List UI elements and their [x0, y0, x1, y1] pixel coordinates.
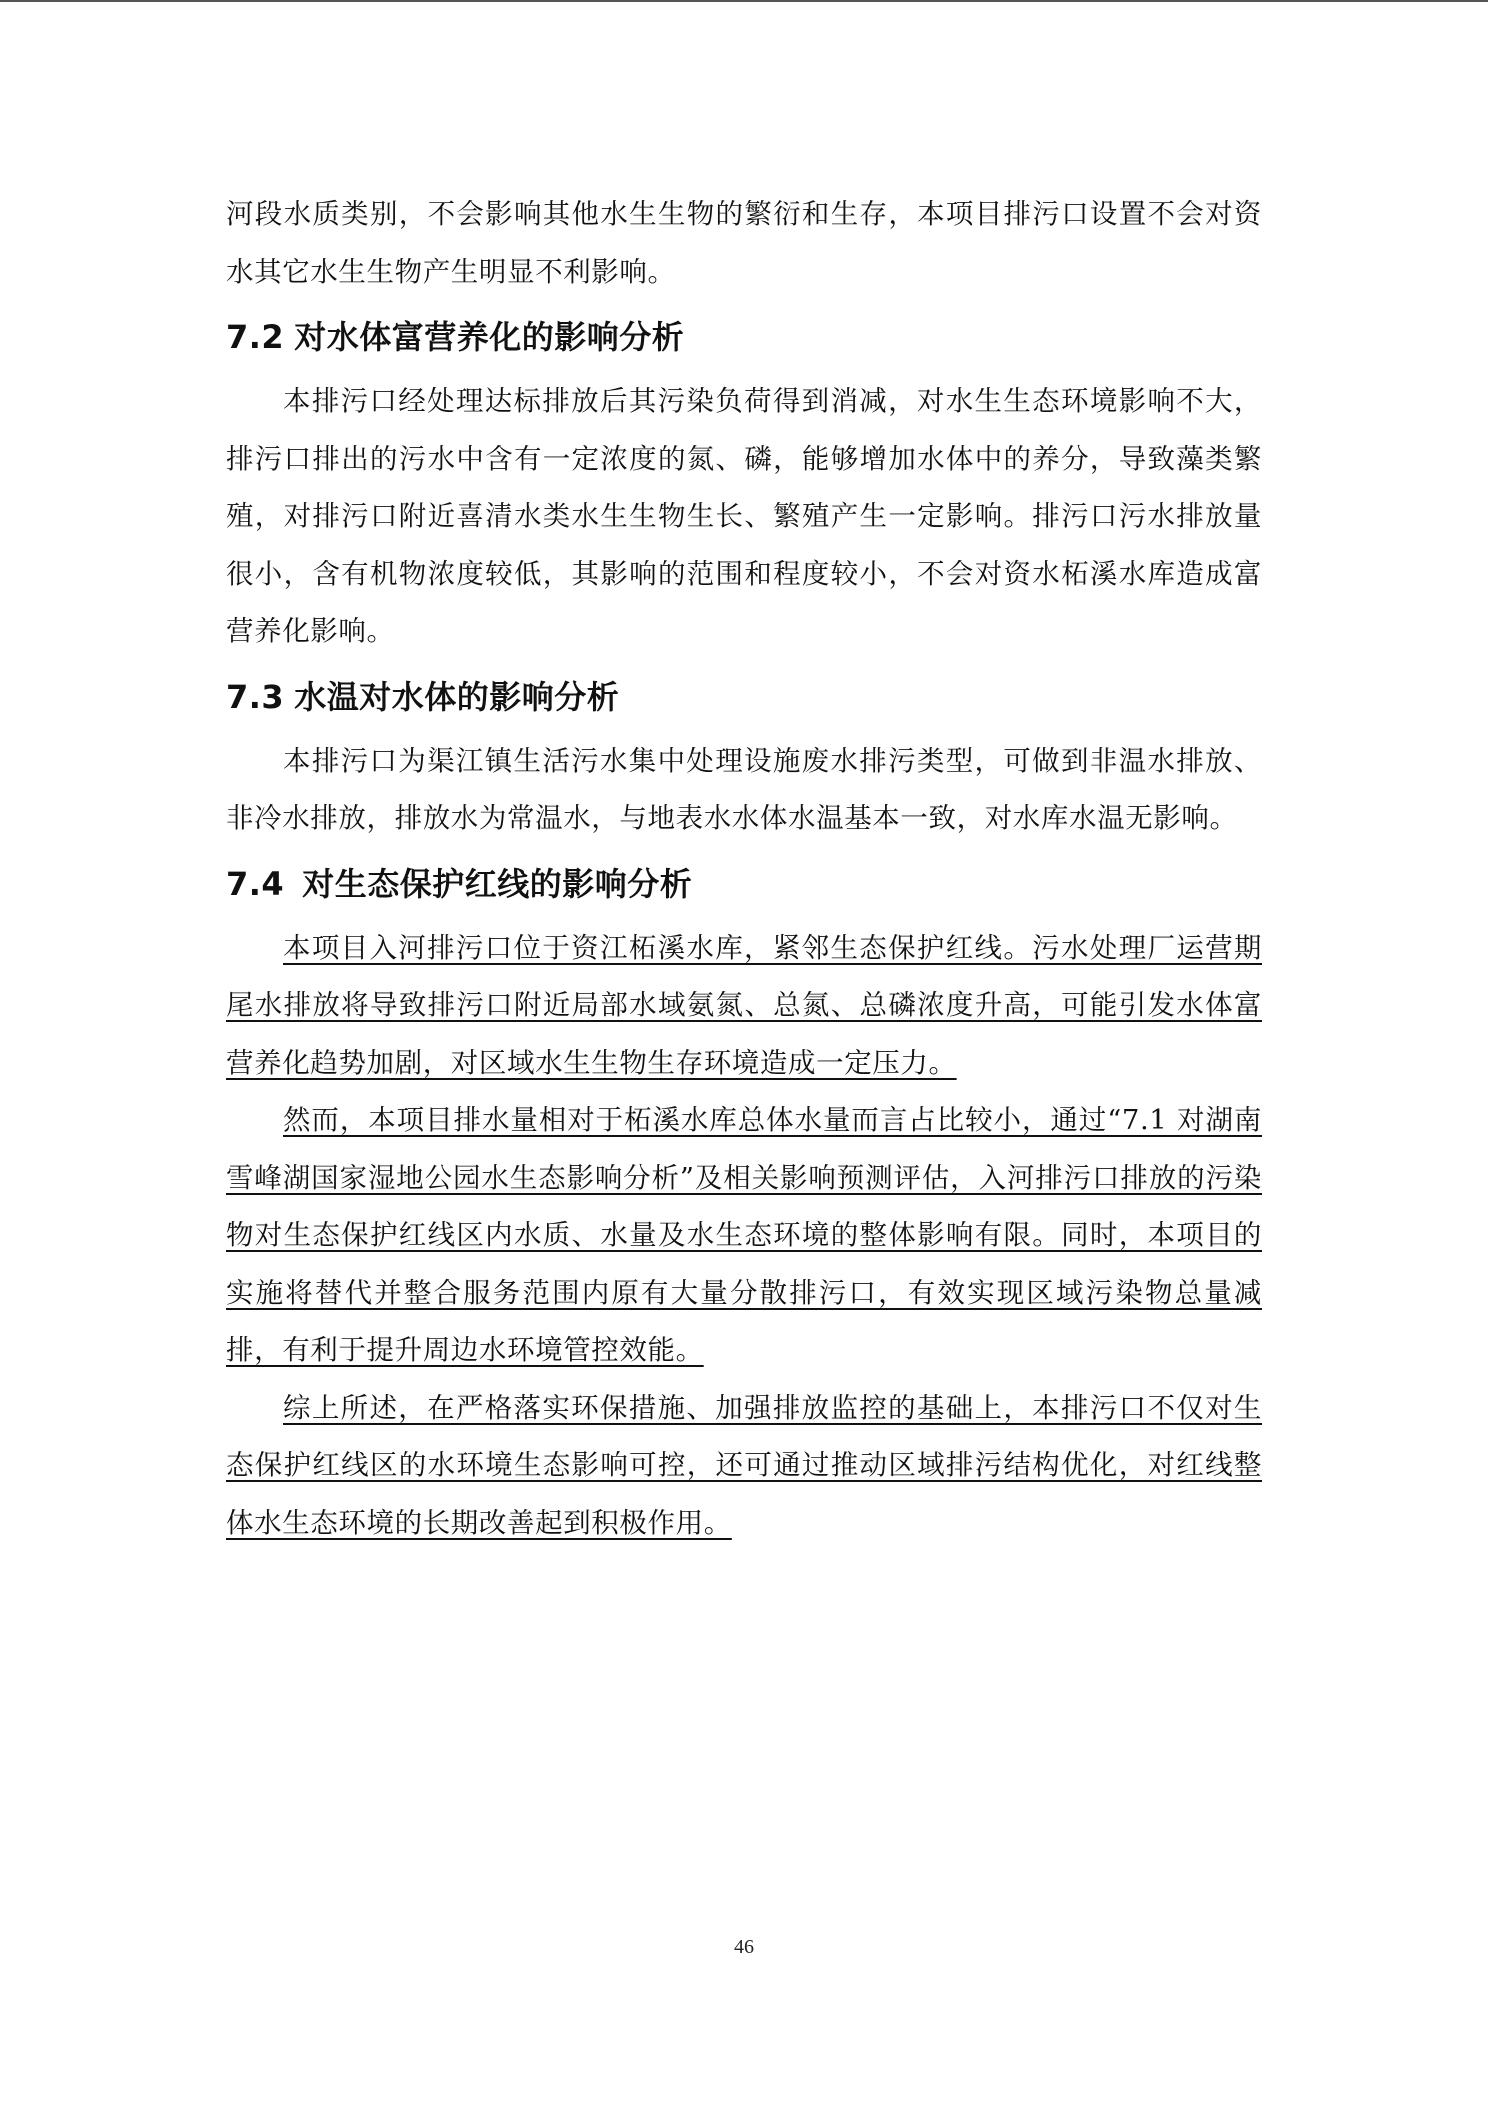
intro-paragraph: 河段水质类别，不会影响其他水生生物的繁衍和生存，本项目排污口设置不会对资水其它水…: [226, 186, 1262, 301]
section-7-4-paragraph-3: 综上所述，在严格落实环保措施、加强排放监控的基础上，本排污口不仅对生态保护红线区…: [226, 1380, 1262, 1553]
section-title: 对水体富营养化的影响分析: [294, 318, 684, 356]
section-number: 7.2: [226, 318, 284, 356]
section-number: 7.3: [226, 678, 284, 716]
section-heading-7-2: 7.2对水体富营养化的影响分析: [226, 307, 1262, 367]
underlined-text: 本项目入河排污口位于资江柘溪水库，紧邻生态保护红线。污水处理厂运营期尾水排放将导…: [226, 932, 1262, 1079]
section-7-3-paragraph: 本排污口为渠江镇生活污水集中处理设施废水排污类型，可做到非温水排放、非冷水排放，…: [226, 733, 1262, 848]
section-title: 水温对水体的影响分析: [294, 678, 619, 716]
section-title: 对生态保护红线的影响分析: [302, 865, 692, 903]
document-page: 河段水质类别，不会影响其他水生生物的繁衍和生存，本项目排污口设置不会对资水其它水…: [226, 186, 1262, 1552]
page-number: 46: [0, 1936, 1488, 1959]
underlined-text: 综上所述，在严格落实环保措施、加强排放监控的基础上，本排污口不仅对生态保护红线区…: [226, 1392, 1262, 1539]
underlined-text: 然而，本项目排水量相对于柘溪水库总体水量而言占比较小，通过“7.1 对湖南雪峰湖…: [226, 1104, 1262, 1366]
section-7-4-paragraph-1: 本项目入河排污口位于资江柘溪水库，紧邻生态保护红线。污水处理厂运营期尾水排放将导…: [226, 920, 1262, 1093]
section-heading-7-3: 7.3水温对水体的影响分析: [226, 667, 1262, 727]
section-heading-7-4: 7.4对生态保护红线的影响分析: [226, 854, 1262, 914]
section-number: 7.4: [226, 865, 284, 903]
section-7-2-paragraph: 本排污口经处理达标排放后其污染负荷得到消减，对水生生态环境影响不大，排污口排出的…: [226, 373, 1262, 661]
section-7-4-paragraph-2: 然而，本项目排水量相对于柘溪水库总体水量而言占比较小，通过“7.1 对湖南雪峰湖…: [226, 1092, 1262, 1380]
page-top-border: [0, 0, 1488, 2]
